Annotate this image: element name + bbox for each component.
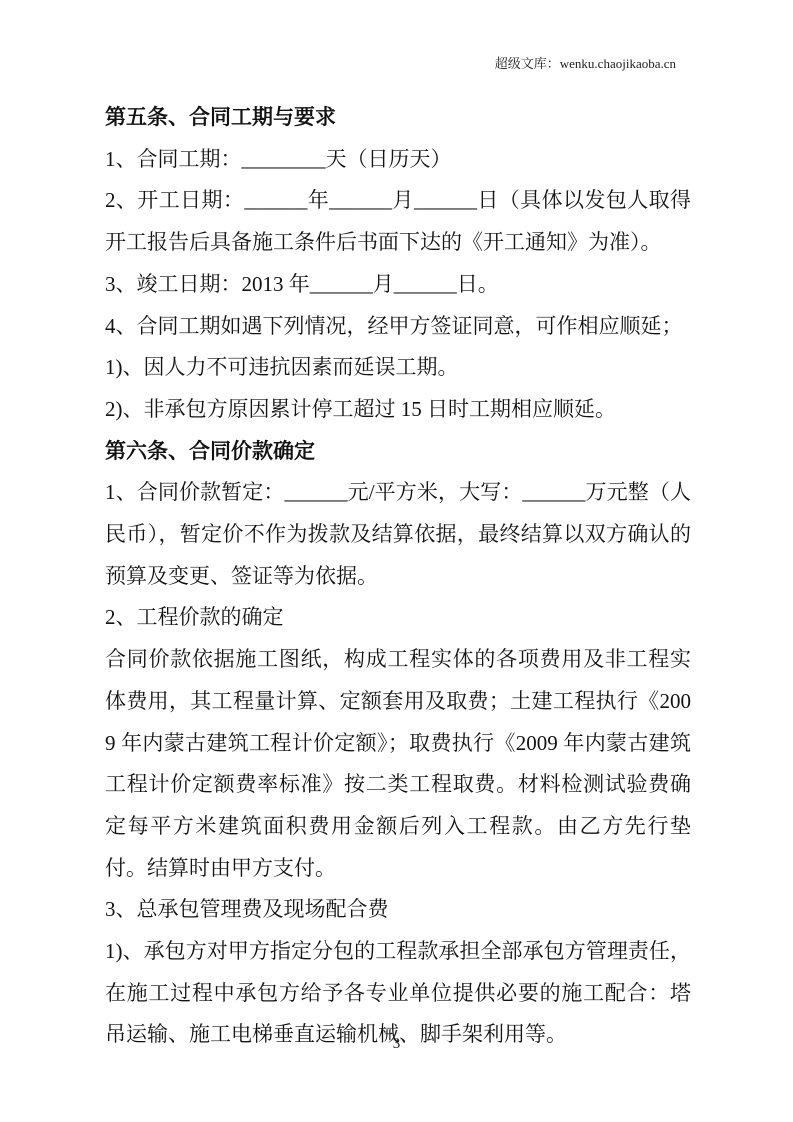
clause-duration-extension: 4、合同工期如遇下列情况，经甲方签证同意，可作相应顺延；	[105, 306, 691, 348]
clause-price-determination-title: 2、工程价款的确定	[105, 597, 691, 639]
clause-contract-duration: 1、合同工期：________天（日历天）	[105, 139, 691, 181]
clause-force-majeure: 1)、因人力不可违抗因素而延误工期。	[105, 347, 691, 389]
clause-start-date: 2、开工日期：______年______月______日（具体以发包人取得开工报…	[105, 180, 691, 263]
clause-management-fee-title: 3、总承包管理费及现场配合费	[105, 889, 691, 931]
section-heading-article-6: 第六条、合同价款确定	[105, 431, 691, 473]
clause-completion-date: 3、竣工日期：2013 年______月______日。	[105, 264, 691, 306]
header-watermark: 超级文库：wenku.chaojikaoba.cn	[495, 53, 676, 72]
clause-price-determination-body: 合同价款依据施工图纸，构成工程实体的各项费用及非工程实体费用，其工程量计算、定额…	[105, 639, 691, 889]
clause-stoppage-extension: 2)、非承包方原因累计停工超过 15 日时工期相应顺延。	[105, 389, 691, 431]
page-number: 3	[0, 1036, 793, 1053]
section-heading-article-5: 第五条、合同工期与要求	[105, 97, 691, 139]
clause-provisional-price: 1、合同价款暂定：______元/平方米，大写：______万元整（人民币），暂…	[105, 472, 691, 597]
contract-body: 第五条、合同工期与要求 1、合同工期：________天（日历天） 2、开工日期…	[105, 97, 691, 1056]
document-page: 超级文库：wenku.chaojikaoba.cn 第五条、合同工期与要求 1、…	[0, 0, 793, 1122]
